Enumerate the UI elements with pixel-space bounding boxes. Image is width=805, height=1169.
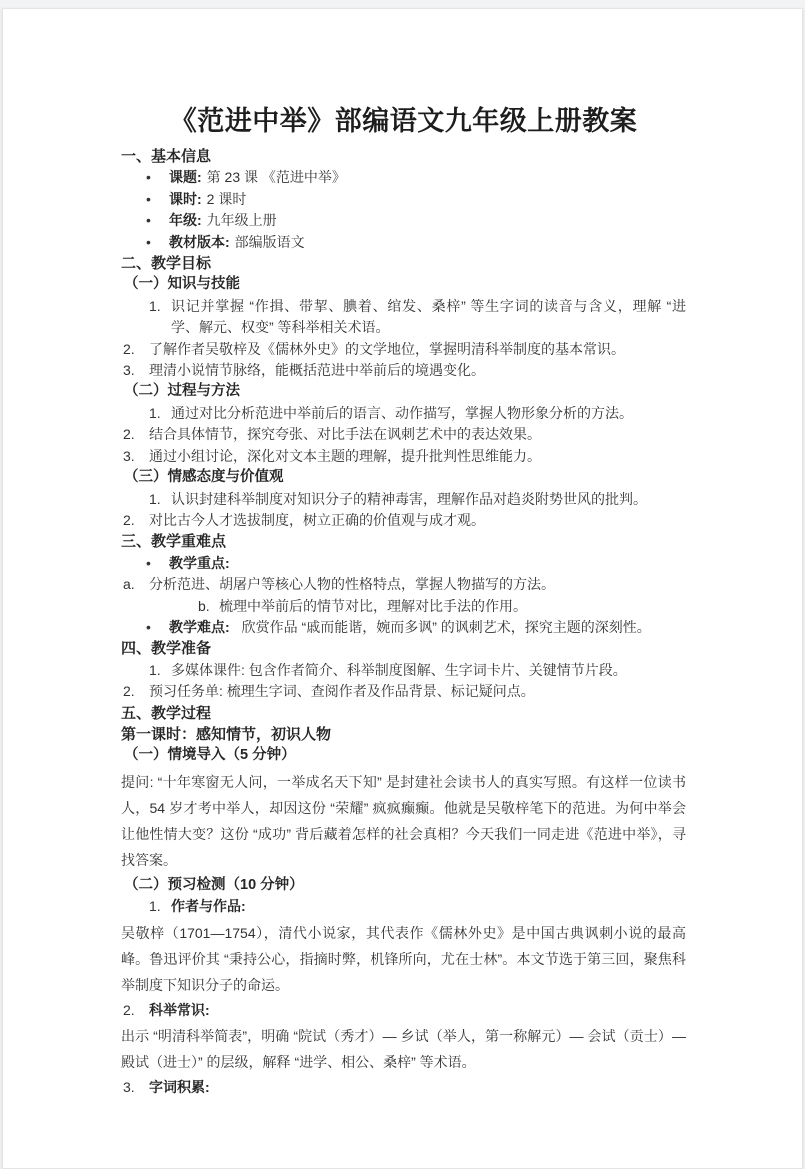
bullet-item-key-point: • 教学重点: — [121, 553, 686, 574]
section-heading-process: 五、教学过程 — [121, 703, 686, 724]
bullet-icon: • — [146, 167, 169, 188]
item-label: 字词积累: — [149, 1079, 210, 1095]
list-marker: 2. — [123, 424, 149, 445]
bullet-icon: • — [146, 232, 169, 253]
list-text: 字词积累: — [149, 1077, 686, 1098]
bullet-icon: • — [146, 553, 169, 574]
list-text: 分析范进、胡屠户等核心人物的性格特点，掌握人物描写的方法。 — [149, 574, 686, 595]
bullet-item-text: 教学重点: — [169, 553, 686, 574]
paragraph-keju-system: 出示 “明清科举简表”，明确 “院试（秀才）— 乡试（举人，第一称解元）— 会试… — [121, 1023, 686, 1075]
item-label: 课时: — [169, 191, 202, 207]
bullet-item-text: 课题:第 23 课 《范进中举》 — [169, 167, 686, 188]
section-heading-key-points: 三、教学重难点 — [121, 531, 686, 552]
list-item: 1. 通过对比分析范进中举前后的语言、动作描写，掌握人物形象分析的方法。 — [121, 403, 686, 424]
list-marker: 3. — [123, 360, 149, 381]
sub-heading-process-methods: （二）过程与方法 — [121, 381, 686, 402]
list-marker: 2. — [123, 1000, 149, 1021]
list-text: 理清小说情节脉络，能概括范进中举前后的境遇变化。 — [149, 360, 686, 381]
item-label: 科举常识: — [149, 1002, 210, 1018]
list-item: 2. 了解作者吴敬梓及《儒林外史》的文学地位，掌握明清科举制度的基本常识。 — [121, 339, 686, 360]
list-item-vocabulary: 3. 字词积累: — [121, 1077, 686, 1098]
item-value: 部编版语文 — [235, 234, 305, 250]
item-value: 2 课时 — [207, 191, 247, 207]
item-label: 教材版本: — [169, 234, 230, 250]
section-heading-teaching-goals: 二、教学目标 — [121, 253, 686, 274]
list-text: 科举常识: — [149, 1000, 686, 1021]
item-label: 课题: — [169, 169, 202, 185]
list-item-keju-knowledge: 2. 科举常识: — [121, 1000, 686, 1021]
list-marker: b. — [198, 596, 219, 617]
item-label: 年级: — [169, 212, 202, 228]
item-value: 九年级上册 — [207, 212, 277, 228]
list-marker: 1. — [149, 660, 171, 681]
sub-heading-emotion-values: （三）情感态度与价值观 — [121, 467, 686, 488]
list-item: 1. 认识封建科举制度对知识分子的精神毒害，理解作品对趋炎附势世风的批判。 — [121, 489, 686, 510]
list-marker: a. — [123, 574, 149, 595]
item-value: 第 23 课 《范进中举》 — [207, 169, 346, 185]
list-text: 了解作者吴敬梓及《儒林外史》的文学地位，掌握明清科举制度的基本常识。 — [149, 339, 686, 360]
list-marker: 1. — [149, 896, 171, 917]
lesson-1-heading: 第一课时：感知情节，初识人物 — [121, 724, 686, 745]
list-text: 预习任务单: 梳理生字词、查阅作者及作品背景、标记疑问点。 — [149, 681, 686, 702]
bullet-item-text: 课时:2 课时 — [169, 189, 686, 210]
paragraph-lesson-intro: 提问: “十年寒窗无人问，一举成名天下知” 是封建社会读书人的真实写照。有这样一… — [121, 769, 686, 873]
bullet-item-periods: • 课时:2 课时 — [121, 189, 686, 210]
paragraph-author-info: 吴敬梓（1701—1754），清代小说家，其代表作《儒林外史》是中国古典讽刺小说… — [121, 920, 686, 998]
list-text: 结合具体情节，探究夸张、对比手法在讽刺艺术中的表达效果。 — [149, 424, 686, 445]
list-text: 通过对比分析范进中举前后的语言、动作描写，掌握人物形象分析的方法。 — [171, 403, 686, 424]
list-text: 梳理中举前后的情节对比，理解对比手法的作用。 — [219, 596, 686, 617]
bullet-item-textbook: • 教材版本:部编版语文 — [121, 232, 686, 253]
item-label: 教学难点: — [169, 619, 230, 635]
section-heading-basic-info: 一、基本信息 — [121, 146, 686, 167]
doc-title: 《范进中举》部编语文九年级上册教案 — [121, 101, 686, 141]
list-text: 认识封建科举制度对知识分子的精神毒害，理解作品对趋炎附势世风的批判。 — [171, 489, 686, 510]
list-item: b. 梳理中举前后的情节对比，理解对比手法的作用。 — [121, 596, 686, 617]
list-item: 3. 通过小组讨论，深化对文本主题的理解，提升批判性思维能力。 — [121, 446, 686, 467]
list-item: 2. 预习任务单: 梳理生字词、查阅作者及作品背景、标记疑问点。 — [121, 681, 686, 702]
bullet-icon: • — [146, 617, 169, 638]
list-item-author-works: 1. 作者与作品: — [121, 896, 686, 917]
list-text: 作者与作品: — [171, 896, 686, 917]
list-marker: 1. — [149, 403, 171, 424]
list-marker: 1. — [149, 489, 171, 510]
item-label: 教学重点: — [169, 555, 230, 571]
bullet-item-text: 教材版本:部编版语文 — [169, 232, 686, 253]
list-marker: 1. — [149, 296, 171, 339]
list-item: 3. 理清小说情节脉络，能概括范进中举前后的境遇变化。 — [121, 360, 686, 381]
list-marker: 3. — [123, 1077, 149, 1098]
item-value: 欣赏作品 “戚而能谐，婉而多讽” 的讽刺艺术，探究主题的深刻性。 — [242, 619, 651, 635]
app-background: 《范进中举》部编语文九年级上册教案 一、基本信息 • 课题:第 23 课 《范进… — [0, 0, 805, 1161]
list-item: a. 分析范进、胡屠户等核心人物的性格特点，掌握人物描写的方法。 — [121, 574, 686, 595]
bullet-item-difficulty: • 教学难点:欣赏作品 “戚而能谐，婉而多讽” 的讽刺艺术，探究主题的深刻性。 — [121, 617, 686, 638]
list-item: 2. 结合具体情节，探究夸张、对比手法在讽刺艺术中的表达效果。 — [121, 424, 686, 445]
list-text: 对比古今人才选拔制度，树立正确的价值观与成才观。 — [149, 510, 686, 531]
bullet-item-text: 教学难点:欣赏作品 “戚而能谐，婉而多讽” 的讽刺艺术，探究主题的深刻性。 — [169, 617, 686, 638]
list-text: 通过小组讨论，深化对文本主题的理解，提升批判性思维能力。 — [149, 446, 686, 467]
section-heading-preparation: 四、教学准备 — [121, 638, 686, 659]
sub-heading-situation-intro: （一）情境导入（5 分钟） — [121, 745, 686, 766]
list-marker: 3. — [123, 446, 149, 467]
list-marker: 2. — [123, 681, 149, 702]
list-marker: 2. — [123, 339, 149, 360]
bullet-item-grade: • 年级:九年级上册 — [121, 210, 686, 231]
item-label: 作者与作品: — [171, 898, 246, 914]
sub-heading-preview-check: （二）预习检测（10 分钟） — [121, 875, 686, 896]
bullet-item-course-title: • 课题:第 23 课 《范进中举》 — [121, 167, 686, 188]
list-item: 1. 多媒体课件: 包含作者简介、科举制度图解、生字词卡片、关键情节片段。 — [121, 660, 686, 681]
list-text: 识记并掌握 “作揖、带挈、腆着、绾发、桑梓” 等生字词的读音与含义，理解 “进学… — [171, 296, 686, 339]
list-item: 1. 识记并掌握 “作揖、带挈、腆着、绾发、桑梓” 等生字词的读音与含义，理解 … — [121, 296, 686, 339]
bullet-icon: • — [146, 189, 169, 210]
list-item: 2. 对比古今人才选拔制度，树立正确的价值观与成才观。 — [121, 510, 686, 531]
bullet-icon: • — [146, 210, 169, 231]
sub-heading-knowledge-skills: （一）知识与技能 — [121, 274, 686, 295]
list-marker: 2. — [123, 510, 149, 531]
document-page: 《范进中举》部编语文九年级上册教案 一、基本信息 • 课题:第 23 课 《范进… — [2, 8, 803, 1169]
bullet-item-text: 年级:九年级上册 — [169, 210, 686, 231]
list-text: 多媒体课件: 包含作者简介、科举制度图解、生字词卡片、关键情节片段。 — [171, 660, 686, 681]
